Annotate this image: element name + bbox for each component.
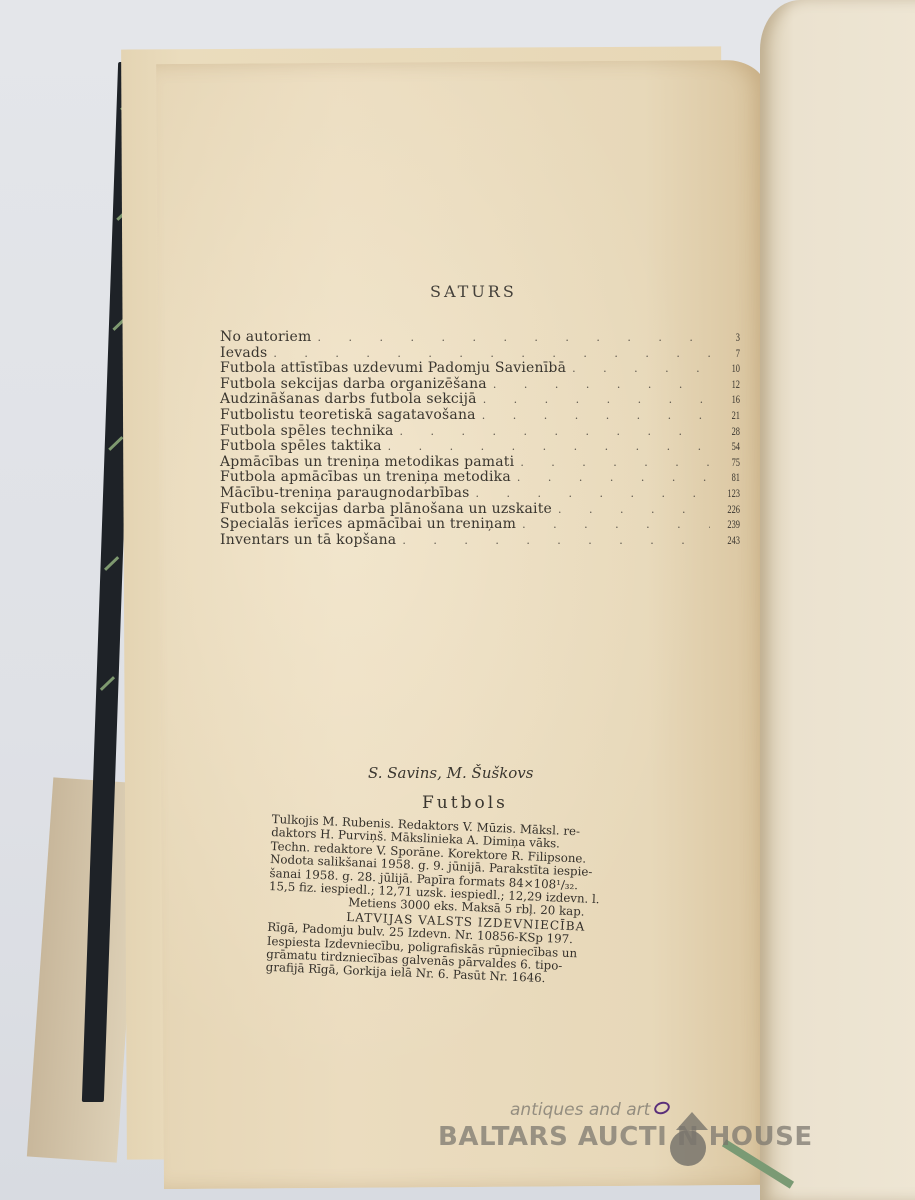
toc-entry-page: 7 — [723, 346, 740, 362]
toc-entry-title: Futbola spēles technika — [220, 424, 394, 440]
toc-entry-page: 226 — [723, 502, 740, 518]
toc-entry-page: 28 — [723, 424, 740, 440]
toc-entry: Specialās ierīces apmācībai un treniņam.… — [220, 517, 740, 533]
toc-entry: Futbola apmācības un treniņa metodika. .… — [220, 470, 740, 486]
toc-entry: Futbola sekcijas darba plānošana un uzsk… — [220, 502, 740, 518]
toc-entry: Inventars un tā kopšana. . . . . . . . .… — [220, 533, 740, 549]
toc-entry-page: 54 — [723, 439, 740, 455]
toc-leader-dots: . . . . . . . . . . . . . . . . . . . . … — [317, 330, 710, 346]
toc-entry-page: 10 — [723, 361, 740, 377]
toc-leader-dots: . . . . . . . . . . . . . . . . . . . . … — [517, 470, 710, 486]
toc-title: SATURS — [430, 282, 517, 301]
toc-entry-page: 239 — [723, 517, 740, 533]
toc-leader-dots: . . . . . . . . . . . . . . . . . . . . … — [520, 455, 710, 471]
toc-entry-page: 123 — [723, 486, 740, 502]
toc-entry-page: 21 — [723, 408, 740, 424]
toc-entry: Futbola attīstības uzdevumi Padomju Savi… — [220, 361, 740, 377]
toc-leader-dots: . . . . . . . . . . . . . . . . . . . . … — [402, 533, 710, 549]
toc-entry-page: 81 — [723, 470, 740, 486]
toc-entry-title: Futbolistu teoretiskā sagatavošana — [220, 408, 476, 424]
toc-leader-dots: . . . . . . . . . . . . . . . . . . . . … — [482, 408, 710, 424]
toc-entry-page: 12 — [723, 377, 740, 393]
toc-leader-dots: . . . . . . . . . . . . . . . . . . . . … — [522, 517, 710, 533]
watermark: antiques and art BALTARS AUCTI N HOUSE — [438, 1100, 838, 1170]
toc-entry-title: Futbola sekcijas darba plānošana un uzsk… — [220, 502, 552, 518]
toc-entry: Ievads. . . . . . . . . . . . . . . . . … — [220, 346, 740, 362]
toc-entry-title: Apmācības un treniņa metodikas pamati — [220, 455, 514, 471]
toc-entry: Apmācības un treniņa metodikas pamati. .… — [220, 455, 740, 471]
toc-leader-dots: . . . . . . . . . . . . . . . . . . . . … — [273, 346, 710, 362]
toc-entry-page: 243 — [723, 533, 740, 549]
toc-entry-page: 3 — [723, 330, 740, 346]
toc-leader-dots: . . . . . . . . . . . . . . . . . . . . … — [400, 424, 710, 440]
toc-entry-title: Mācību-treniņa paraugnodarbības — [220, 486, 470, 502]
authors: S. Savins, M. Šuškovs — [368, 764, 533, 782]
toc-entry: Mācību-treniņa paraugnodarbības. . . . .… — [220, 486, 740, 502]
toc-leader-dots: . . . . . . . . . . . . . . . . . . . . … — [493, 377, 710, 393]
toc-entry: Futbola spēles taktika. . . . . . . . . … — [220, 439, 740, 455]
toc-entry: No autoriem. . . . . . . . . . . . . . .… — [220, 330, 740, 346]
toc-leader-dots: . . . . . . . . . . . . . . . . . . . . … — [476, 486, 710, 502]
toc-leader-dots: . . . . . . . . . . . . . . . . . . . . … — [572, 361, 710, 377]
toc-entry-page: 16 — [723, 392, 740, 408]
toc-entry-title: Futbola apmācības un treniņa metodika — [220, 470, 511, 486]
toc-entry-title: Futbola attīstības uzdevumi Padomju Savi… — [220, 361, 566, 377]
toc-entry-title: Audzināšanas darbs futbola sekcijā — [220, 392, 477, 408]
toc-entry-title: Ievads — [220, 346, 267, 362]
toc-entry: Audzināšanas darbs futbola sekcijā. . . … — [220, 392, 740, 408]
toc-entry-title: Futbola spēles taktika — [220, 439, 382, 455]
page-content: SATURS No autoriem. . . . . . . . . . . … — [0, 0, 915, 1200]
toc-entry-page: 75 — [723, 455, 740, 471]
toc-entry: Futbolistu teoretiskā sagatavošana. . . … — [220, 408, 740, 424]
colophon: Tulkojis M. Rubenis. Redaktors V. Mūzis.… — [266, 813, 668, 991]
watermark-tagline: antiques and art — [510, 1100, 650, 1120]
book-title: Futbols — [422, 793, 508, 813]
toc-entry-title: No autoriem — [220, 330, 311, 346]
toc-leader-dots: . . . . . . . . . . . . . . . . . . . . … — [483, 392, 710, 408]
table-of-contents: No autoriem. . . . . . . . . . . . . . .… — [220, 330, 740, 548]
toc-entry-title: Specialās ierīces apmācībai un treniņam — [220, 517, 516, 533]
toc-leader-dots: . . . . . . . . . . . . . . . . . . . . … — [388, 439, 710, 455]
watermark-brand: BALTARS AUCTI N HOUSE — [438, 1122, 813, 1152]
toc-entry: Futbola spēles technika. . . . . . . . .… — [220, 424, 740, 440]
toc-entry-title: Inventars un tā kopšana — [220, 533, 396, 549]
toc-leader-dots: . . . . . . . . . . . . . . . . . . . . … — [558, 502, 710, 518]
